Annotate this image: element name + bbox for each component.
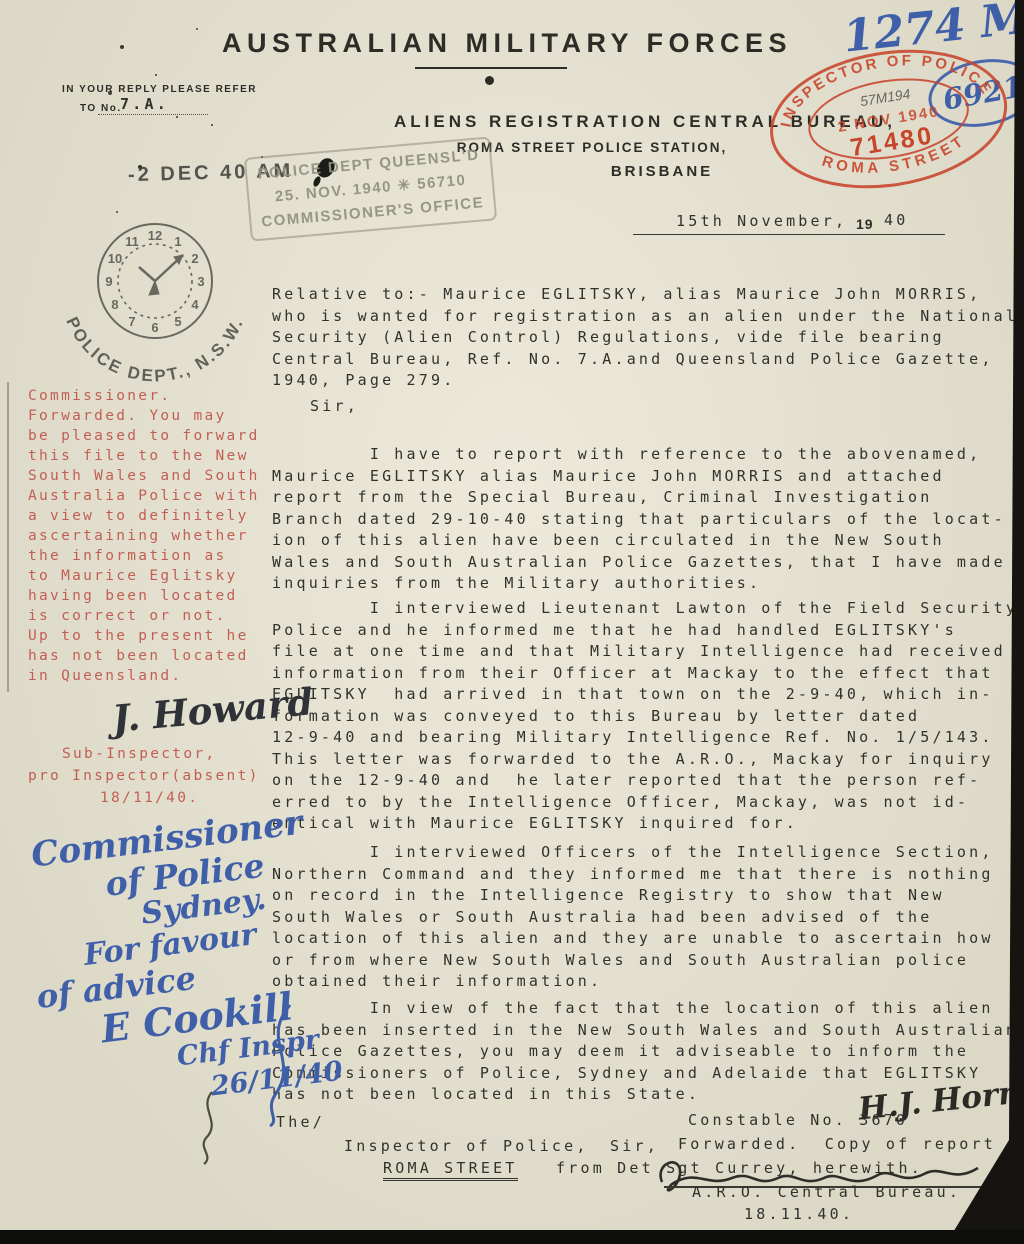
oval-stamp-pencil-note: 57M194 bbox=[859, 85, 912, 109]
reply-ref-value: 7.A. bbox=[120, 94, 169, 116]
body-paragraph-1: I have to report with reference to the a… bbox=[272, 444, 1006, 595]
clock-numeral: 4 bbox=[191, 297, 199, 312]
clock-numeral: 1 bbox=[174, 234, 181, 249]
dateline-year-printed: 19 bbox=[856, 216, 874, 232]
salutation: Sir, bbox=[310, 396, 359, 418]
footer-the: The/ bbox=[276, 1112, 325, 1134]
constable-number: Constable No. 3670 bbox=[688, 1110, 908, 1132]
paper-crease bbox=[7, 382, 9, 692]
aro-date: 18.11.40. bbox=[744, 1204, 854, 1226]
subject-block: Relative to:- Maurice EGLITSKY, alias Ma… bbox=[272, 284, 1018, 392]
footer-addressee: Inspector of Police, bbox=[344, 1136, 589, 1158]
sub-inspector-date: 18/11/40. bbox=[100, 788, 199, 808]
bureau-city: BRISBANE bbox=[611, 163, 713, 180]
clock-hand-short bbox=[139, 267, 155, 281]
clock-numeral: 12 bbox=[148, 228, 162, 243]
margin-minute-red: Commissioner. Forwarded. You may be plea… bbox=[28, 386, 260, 686]
letterhead-title: AUSTRALIAN MILITARY FORCES bbox=[222, 28, 792, 59]
clock-numeral: 5 bbox=[174, 314, 181, 329]
sub-inspector-title: Sub-Inspector, bbox=[62, 744, 216, 764]
clock-numeral: 10 bbox=[108, 251, 122, 266]
dateline-date: 15th November, bbox=[676, 211, 847, 233]
aro-label: A.R.O. Central Bureau. bbox=[692, 1182, 961, 1204]
dateline-year-typed: 40 bbox=[884, 210, 908, 232]
body-paragraph-2: I interviewed Lieutenant Lawton of the F… bbox=[272, 598, 1018, 835]
title-divider-dot bbox=[485, 76, 494, 85]
title-divider-rule bbox=[415, 67, 567, 69]
footer-roma-street-text: ROMA STREET bbox=[383, 1159, 518, 1181]
clock-numeral: 9 bbox=[105, 274, 112, 289]
clock-numeral: 3 bbox=[197, 274, 204, 289]
ink-specks bbox=[120, 45, 124, 49]
clock-numeral: 8 bbox=[111, 297, 118, 312]
footer-roma-street: ROMA STREET bbox=[383, 1158, 518, 1180]
blue-flourish bbox=[230, 1000, 320, 1130]
queensland-office-stamp: POLICE DEPT QUEENSL'D 25. NOV. 1940 ✳ 56… bbox=[244, 136, 498, 241]
clock-numeral: 2 bbox=[191, 251, 198, 266]
sub-inspector-pro: pro Inspector(absent) bbox=[28, 766, 260, 786]
body-paragraph-3: I interviewed Officers of the Intelligen… bbox=[272, 842, 994, 993]
margin-scrawl bbox=[192, 1088, 228, 1168]
clock-numeral: 11 bbox=[125, 234, 139, 249]
document-page: AUSTRALIAN MILITARY FORCES IN YOUR REPLY… bbox=[0, 0, 1024, 1244]
bureau-station: ROMA STREET POLICE STATION, bbox=[457, 140, 728, 155]
clock-hand-tail bbox=[149, 281, 159, 295]
nsw-police-clock-stamp: 12 1 2 3 4 5 6 7 8 9 10 11 POLICE DEPT.,… bbox=[55, 205, 265, 415]
clock-numeral: 7 bbox=[128, 314, 135, 329]
dateline-rule bbox=[633, 234, 945, 235]
clock-numeral: 6 bbox=[151, 320, 158, 335]
